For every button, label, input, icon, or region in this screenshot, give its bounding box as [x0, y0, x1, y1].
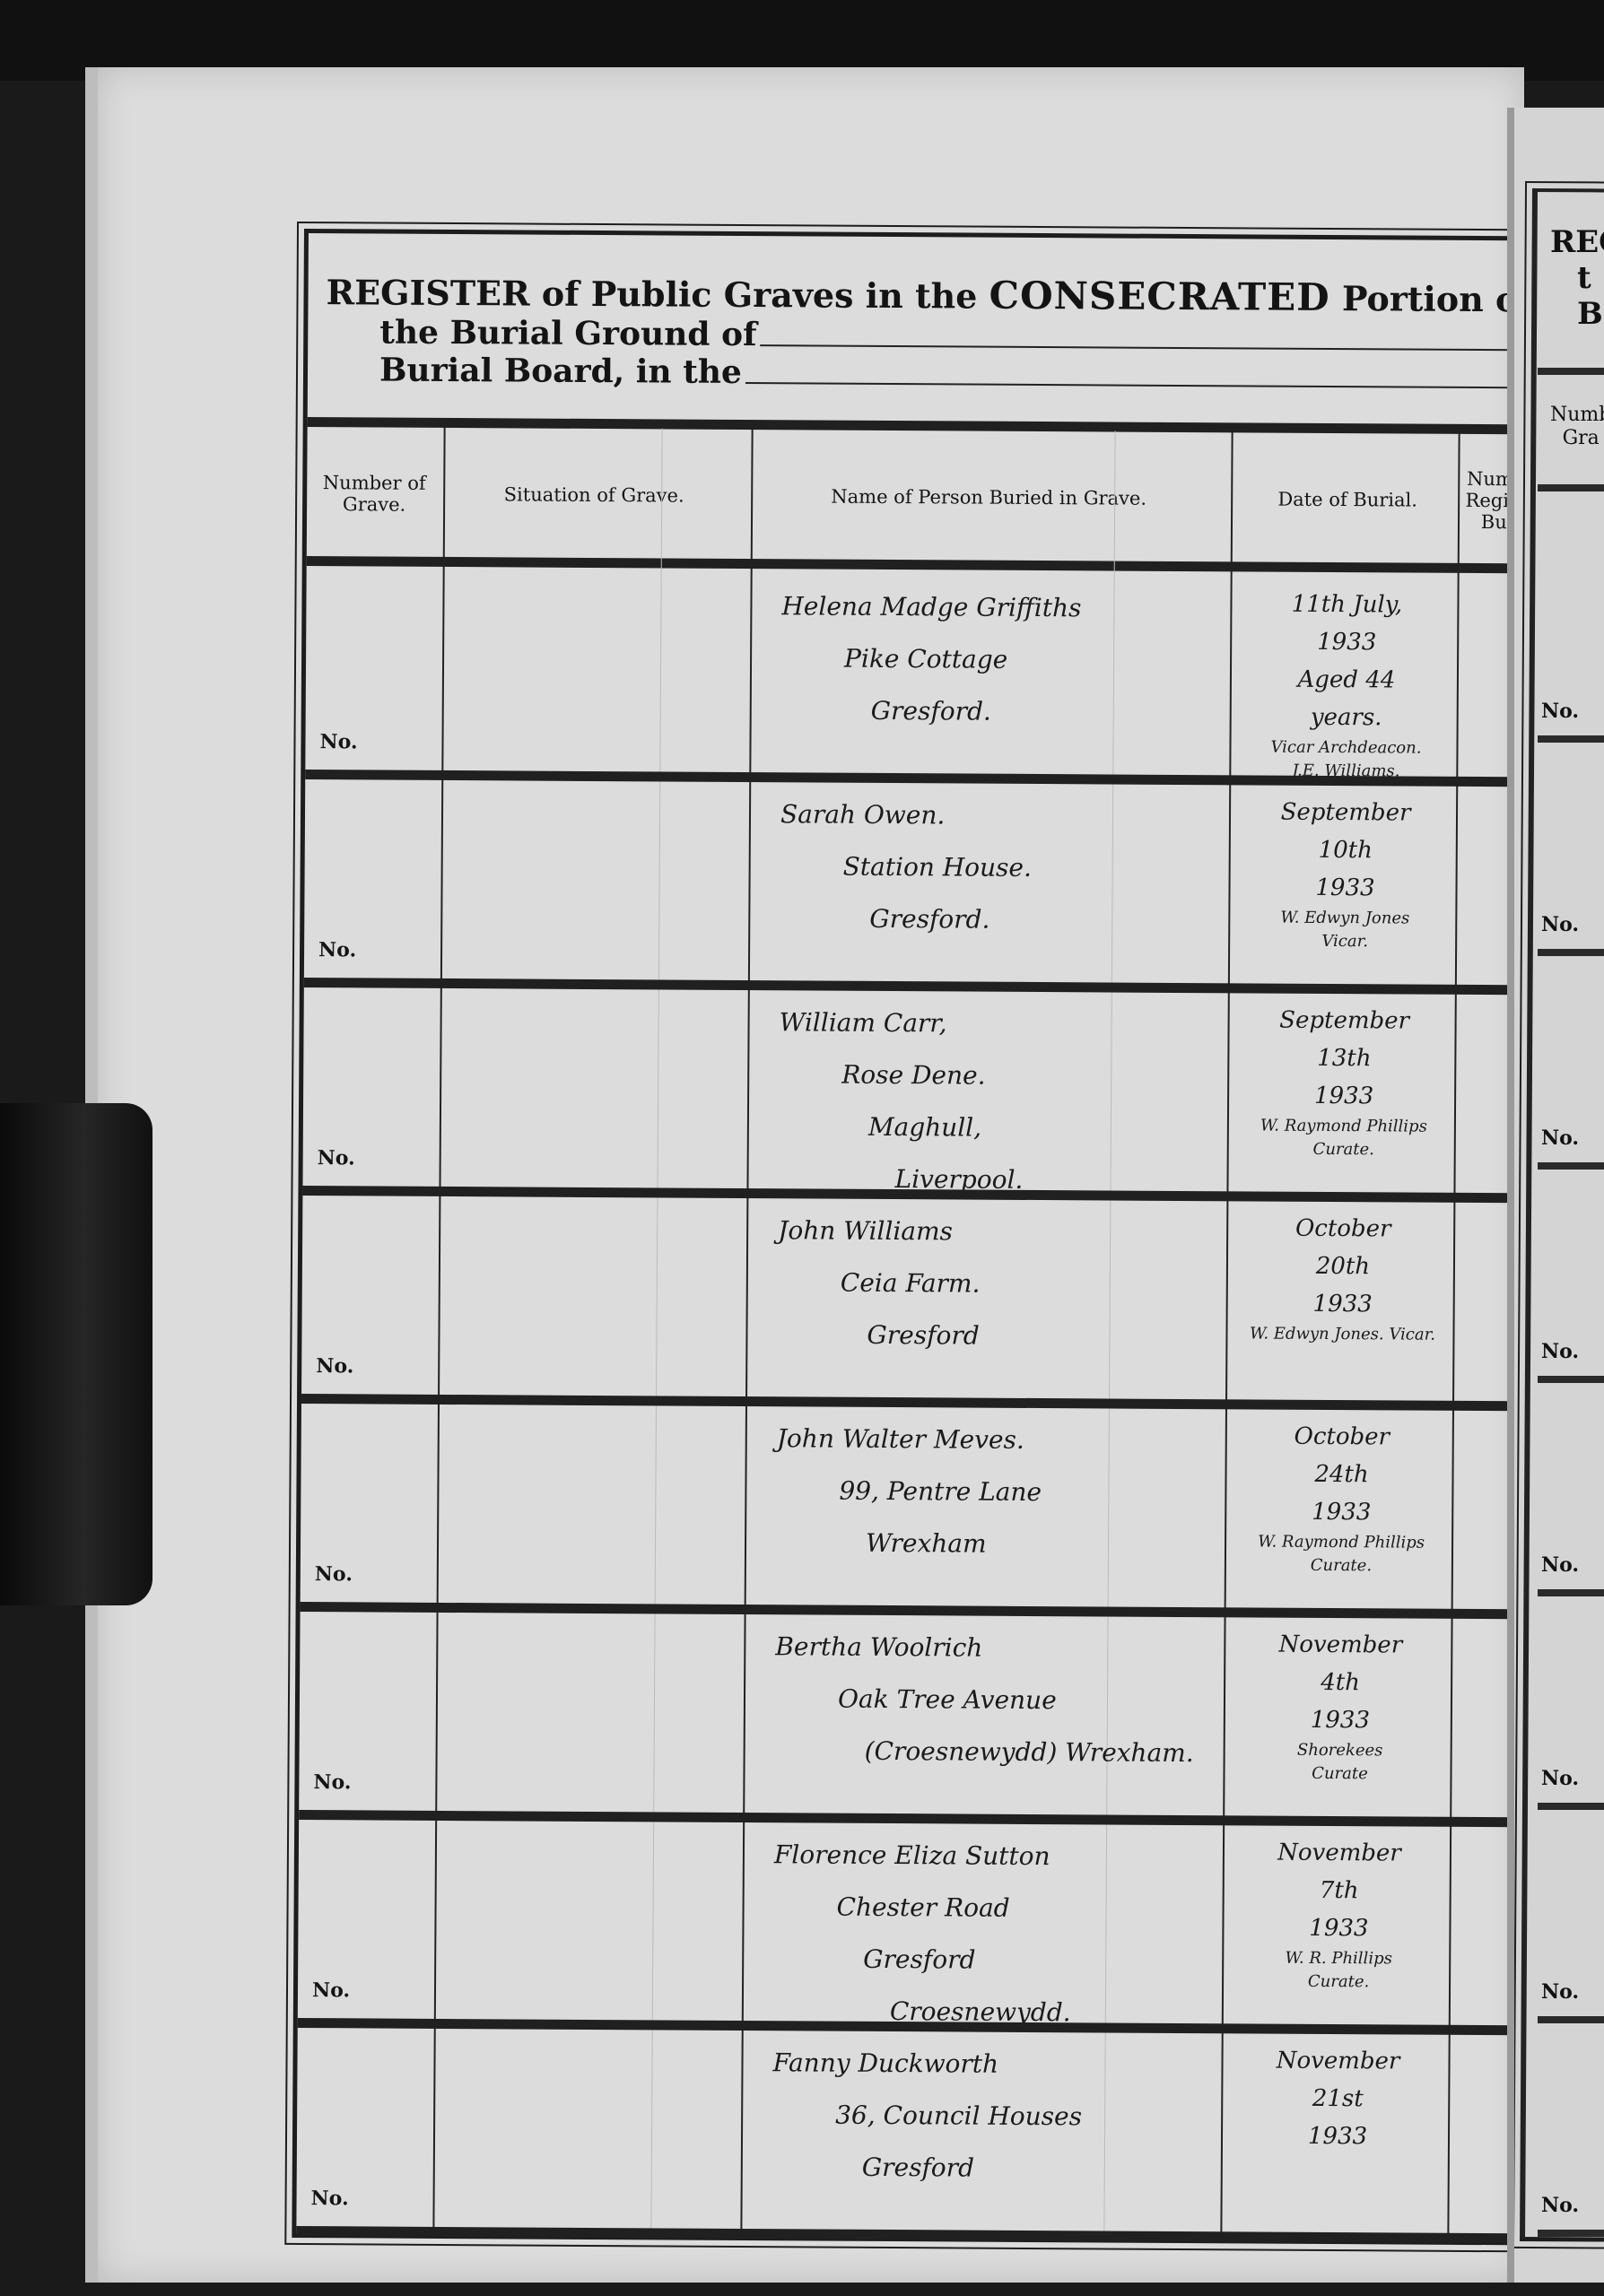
- officiant-line: W. Raymond Phillips: [1234, 1530, 1449, 1554]
- person-name: Florence Eliza Sutton: [756, 1829, 1205, 1883]
- address-line: 36, Council Houses: [754, 2089, 1203, 2144]
- officiant-line: W. R. Phillips: [1231, 1946, 1446, 1970]
- person-name: John Williams: [760, 1205, 1208, 1259]
- date-of-burial: October20th1933W. Edwyn Jones. Vicar.: [1234, 1209, 1451, 1346]
- grave-number-label: No.: [318, 938, 356, 961]
- date-line: 13th: [1236, 1039, 1451, 1077]
- title-line-3-text: Burial Board, in the: [379, 352, 742, 391]
- adjacent-rule: [1538, 2230, 1604, 2237]
- person-name: Helena Madge Griffiths: [763, 580, 1212, 635]
- date-of-burial: September13th1933W. Raymond PhillipsCura…: [1236, 1001, 1452, 1161]
- title-emphasis: CONSECRATED: [989, 274, 1329, 319]
- header-grave-number: Number of Grave.: [307, 430, 442, 557]
- title-line-3: Burial Board, in the: [379, 352, 1564, 396]
- address-line: Gresford: [754, 2141, 1203, 2196]
- date-line: 1933: [1230, 2117, 1445, 2155]
- officiant-line: Curate: [1232, 1761, 1447, 1786]
- name-of-person: Fanny Duckworth36, Council HousesGresfor…: [754, 2037, 1204, 2196]
- officiant-line: Vicar Archdeacon.: [1238, 735, 1453, 760]
- blank-line: [745, 380, 1528, 388]
- officiant-line: Shorekees: [1233, 1738, 1448, 1762]
- register-row: No.John WilliamsCeia Farm.GresfordOctobe…: [301, 1191, 1576, 1407]
- address-line: Maghull,: [761, 1100, 1209, 1155]
- date-line: 1933: [1234, 1492, 1449, 1531]
- date-line: 11th July,: [1239, 585, 1454, 623]
- date-line: 10th: [1238, 831, 1453, 869]
- grave-number-label: No.: [311, 2187, 349, 2210]
- grave-number-label: No.: [313, 1770, 351, 1794]
- register-frame: REGISTER of Public Graves in the CONSECR…: [292, 229, 1587, 2246]
- date-line: 1933: [1236, 1076, 1451, 1115]
- grave-number-label: No.: [318, 1146, 355, 1170]
- person-name: Sarah Owen.: [763, 788, 1211, 843]
- date-of-burial: November21st1933: [1230, 2041, 1446, 2155]
- address-line: Gresford: [759, 1309, 1207, 1363]
- adjacent-rule: [1538, 1803, 1604, 1810]
- adjacent-title: REG t B: [1550, 224, 1604, 332]
- adjacent-rule: [1538, 949, 1604, 956]
- name-of-person: John Walter Meves.99, Pentre LaneWrexham: [758, 1413, 1207, 1571]
- officiant-line: W. Edwyn Jones. Vicar.: [1234, 1322, 1450, 1346]
- register-title: REGISTER of Public Graves in the CONSECR…: [326, 269, 1565, 396]
- register-row: No.Helena Madge GriffithsPike CottageGre…: [305, 567, 1580, 783]
- name-of-person: John WilliamsCeia Farm.Gresford: [759, 1205, 1208, 1363]
- person-name: William Carr,: [761, 996, 1209, 1051]
- adjacent-rule: [1538, 1376, 1604, 1383]
- date-line: November: [1232, 1833, 1447, 1872]
- address-line: Oak Tree Avenue: [757, 1673, 1206, 1727]
- blank-line: [761, 343, 1529, 351]
- adjacent-header: Numb Gra: [1550, 404, 1604, 450]
- address-line: Pike Cottage: [763, 632, 1212, 687]
- address-line: Gresford.: [762, 892, 1210, 947]
- date-of-burial: September10th1933W. Edwyn JonesVicar.: [1237, 793, 1453, 953]
- address-line: Gresford.: [763, 684, 1212, 739]
- binding-strap: [0, 1103, 153, 1605]
- adjacent-no-label: No.: [1541, 700, 1579, 723]
- adjacent-no-label: No.: [1541, 1340, 1579, 1363]
- adjacent-page: REG t B Numb Gra No.No.No.No.No.No.No.No…: [1507, 108, 1604, 2283]
- title-line-2-text: the Burial Ground of: [379, 314, 757, 354]
- date-of-burial: November7th1933W. R. PhillipsCurate.: [1231, 1833, 1447, 1994]
- address-line: Wrexham: [758, 1517, 1207, 1571]
- row-rule: [296, 2226, 1570, 2244]
- date-line: 1933: [1231, 1909, 1446, 1947]
- title-prefix: REGISTER of Public Graves in the: [326, 272, 977, 316]
- date-of-burial: 11th July,1933Aged 44years.Vicar Archdea…: [1238, 585, 1454, 783]
- register-row: No.John Walter Meves.99, Pentre LaneWrex…: [301, 1399, 1575, 1615]
- officiant-line: Curate.: [1231, 1970, 1446, 1994]
- adjacent-title-3: B: [1550, 296, 1604, 332]
- address-line: Gresford: [755, 1933, 1204, 1987]
- adjacent-no-label: No.: [1541, 1980, 1579, 2004]
- date-line: 1933: [1237, 868, 1452, 907]
- officiant-line: Vicar.: [1237, 929, 1452, 953]
- register-row: No.Fanny Duckworth36, Council HousesGres…: [296, 2023, 1571, 2239]
- adjacent-no-label: No.: [1541, 913, 1579, 936]
- name-of-person: Bertha WoolrichOak Tree Avenue(Croesnewy…: [756, 1621, 1206, 1779]
- date-line: years.: [1239, 698, 1454, 736]
- adjacent-header-2: Gra: [1550, 427, 1604, 450]
- address-line: 99, Pentre Lane: [758, 1465, 1207, 1519]
- officiant-line: Curate.: [1236, 1137, 1451, 1161]
- adjacent-rule: [1538, 2016, 1604, 2023]
- date-line: 1933: [1239, 622, 1454, 661]
- address-line: Chester Road: [755, 1881, 1204, 1935]
- adjacent-rule: [1538, 484, 1604, 491]
- adjacent-no-label: No.: [1541, 1126, 1579, 1150]
- adjacent-rule: [1538, 735, 1604, 743]
- address-line: Ceia Farm.: [760, 1257, 1208, 1311]
- name-of-person: Helena Madge GriffithsPike CottageGresfo…: [763, 580, 1213, 739]
- adjacent-no-label: No.: [1541, 1553, 1579, 1577]
- address-line: (Croesnewydd) Wrexham.: [756, 1725, 1205, 1779]
- adjacent-no-label: No.: [1541, 1767, 1579, 1790]
- register-row: No.Bertha WoolrichOak Tree Avenue(Croesn…: [299, 1607, 1573, 1823]
- date-line: 4th: [1233, 1663, 1448, 1701]
- register-rows: No.Helena Madge GriffithsPike CottageGre…: [309, 233, 1582, 241]
- adjacent-header-1: Numb: [1550, 404, 1604, 427]
- date-line: 1933: [1233, 1700, 1448, 1739]
- register-page: REGISTER of Public Graves in the CONSECR…: [85, 67, 1524, 2283]
- title-line-1: REGISTER of Public Graves in the CONSECR…: [326, 269, 1564, 320]
- adjacent-title-2: t: [1550, 260, 1604, 296]
- adjacent-rule: [1538, 1162, 1604, 1170]
- date-line: Aged 44: [1239, 660, 1454, 699]
- name-of-person: William Carr,Rose Dene.Maghull,Liverpool…: [760, 996, 1209, 1207]
- officiant-line: W. Edwyn Jones: [1237, 906, 1452, 930]
- adjacent-rule: [1538, 1589, 1604, 1596]
- grave-number-label: No.: [316, 1354, 353, 1378]
- date-line: October: [1234, 1417, 1450, 1456]
- grave-number-label: No.: [315, 1562, 353, 1586]
- date-line: 1933: [1235, 1284, 1451, 1323]
- adjacent-frame: [1520, 188, 1604, 2242]
- adjacent-no-label: No.: [1541, 2194, 1579, 2217]
- address-line: Station House.: [762, 840, 1210, 895]
- register-row: No.Florence Eliza SuttonChester RoadGres…: [298, 1815, 1573, 2031]
- title-suffix: Portion of: [1342, 278, 1533, 319]
- date-line: November: [1233, 1625, 1448, 1664]
- officiant-line: Curate.: [1234, 1553, 1449, 1578]
- person-name: Bertha Woolrich: [757, 1621, 1206, 1675]
- register-row: No.Sarah Owen.Station House.Gresford.Sep…: [304, 775, 1579, 991]
- date-line: October: [1235, 1209, 1451, 1248]
- date-of-burial: November4th1933ShorekeesCurate: [1232, 1625, 1448, 1786]
- date-line: November: [1230, 2041, 1445, 2080]
- name-of-person: Florence Eliza SuttonChester RoadGresfor…: [755, 1829, 1205, 2039]
- address-line: Rose Dene.: [761, 1048, 1209, 1103]
- register-row: No.William Carr,Rose Dene.Maghull,Liverp…: [302, 983, 1577, 1199]
- adjacent-title-1: REG: [1550, 224, 1604, 260]
- date-line: 24th: [1234, 1455, 1449, 1493]
- date-line: 20th: [1235, 1247, 1451, 1285]
- header-date: Date of Burial.: [1240, 436, 1456, 562]
- date-line: 7th: [1232, 1871, 1447, 1909]
- grave-number-label: No.: [312, 1979, 350, 2002]
- name-of-person: Sarah Owen.Station House.Gresford.: [762, 788, 1211, 947]
- date-line: September: [1238, 793, 1453, 831]
- person-name: Fanny Duckworth: [754, 2037, 1203, 2092]
- date-of-burial: October24th1933W. Raymond PhillipsCurate…: [1234, 1417, 1450, 1578]
- adjacent-rule: [1538, 368, 1604, 375]
- header-situation: Situation of Grave.: [446, 431, 743, 559]
- date-line: 21st: [1230, 2079, 1445, 2118]
- header-name: Name of Person Buried in Grave.: [755, 433, 1223, 561]
- grave-number-label: No.: [319, 730, 357, 753]
- date-line: September: [1237, 1001, 1452, 1039]
- person-name: John Walter Meves.: [759, 1413, 1207, 1467]
- officiant-line: W. Raymond Phillips: [1236, 1114, 1451, 1138]
